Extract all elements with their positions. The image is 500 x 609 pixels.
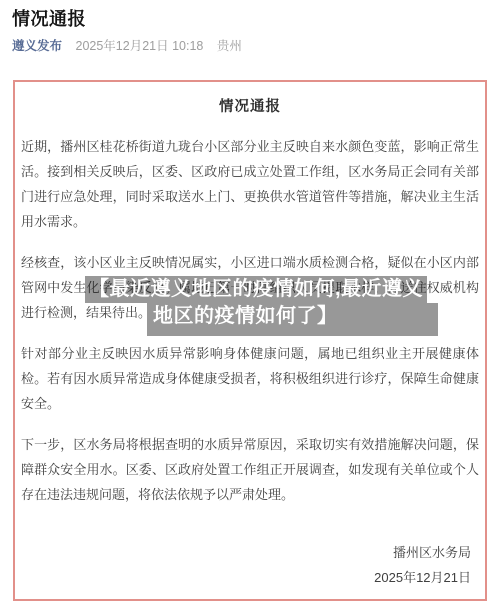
- signature-date: 2025年12月21日: [21, 565, 471, 590]
- notice-paragraph-4: 下一步，区水务局将根据查明的水质异常原因，采取切实有效措施解决问题，保障群众安全…: [21, 432, 479, 507]
- publish-location: 贵州: [217, 39, 242, 53]
- signature-block: 播州区水务局 2025年12月21日: [21, 540, 479, 590]
- publish-datetime: 2025年12月21日 10:18: [76, 39, 204, 53]
- page-title: 情况通报: [12, 8, 488, 30]
- account-link[interactable]: 遵义发布: [12, 39, 62, 53]
- notice-document: 情况通报 近期，播州区桂花桥街道九珑台小区部分业主反映自来水颜色变蓝，影响正常生…: [13, 80, 487, 601]
- article-meta: 遵义发布 2025年12月21日 10:18 贵州: [12, 38, 488, 54]
- article-header: 情况通报 遵义发布 2025年12月21日 10:18 贵州: [0, 0, 500, 54]
- signature-org: 播州区水务局: [21, 540, 471, 565]
- notice-paragraph-1: 近期，播州区桂花桥街道九珑台小区部分业主反映自来水颜色变蓝，影响正常生活。接到相…: [21, 134, 479, 234]
- notice-paragraph-2: 经核查，该小区业主反映情况属实，小区进口端水质检测合格，疑似在小区内部管网中发生…: [21, 250, 479, 325]
- notice-title: 情况通报: [21, 96, 479, 118]
- notice-paragraph-3: 针对部分业主反映因水质异常影响身体健康问题，属地已组织业主开展健康体检。若有因水…: [21, 341, 479, 416]
